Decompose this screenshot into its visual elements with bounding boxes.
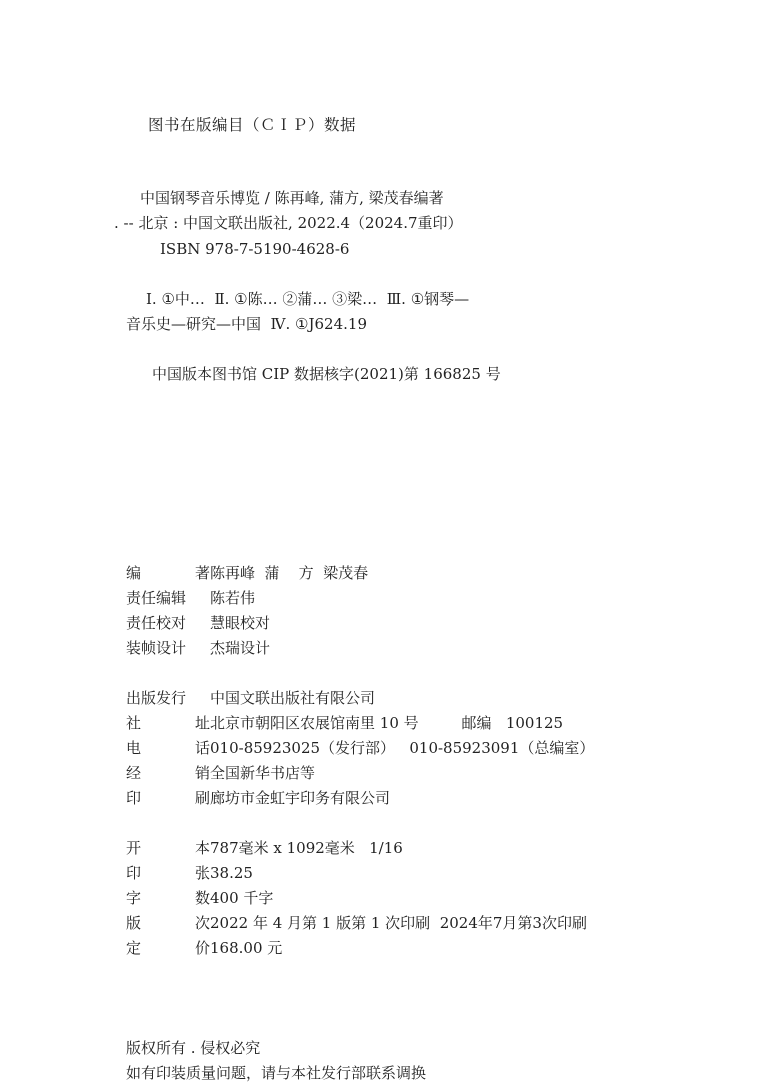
spec-value: 787毫米 x 1092毫米 1/16 [210,837,403,859]
spec-row-format: 开本 787毫米 x 1092毫米 1/16 [126,837,403,859]
publisher-value: 中国文联出版社有限公司 [210,687,375,709]
spec-label: 版次 [126,912,210,934]
credit-value: 陈若伟 [210,587,255,609]
spec-row-price: 定价 168.00 元 [126,937,282,959]
publisher-row-address: 社址 北京市朝阳区农展馆南里 10 号 邮编 100125 [126,712,563,734]
credit-label: 责任校对 [126,612,210,634]
cip-isbn: ISBN 978-7-5190-4628-6 [160,239,349,259]
spec-row-edition: 版次 2022 年 4 月第 1 版第 1 次印刷 2024年7月第3次印刷 [126,912,587,934]
credit-row-proofreader: 责任校对 慧眼校对 [126,612,270,634]
cip-heading: 图书在版编目（ＣＩＰ）数据 [148,113,356,135]
publisher-row-phone: 电话 010-85923025（发行部） 010-85923091（总编室） [126,737,594,759]
cip-classification-line-2: 音乐史—研究—中国 Ⅳ. ①J624.19 [126,314,367,334]
publisher-label: 经销 [126,762,210,784]
credit-label: 编著 [126,562,210,584]
spec-value: 168.00 元 [210,937,282,959]
spec-value: 2022 年 4 月第 1 版第 1 次印刷 2024年7月第3次印刷 [210,912,587,934]
publisher-label: 电话 [126,737,210,759]
spec-label: 开本 [126,837,210,859]
credit-value: 陈再峰 蒲 方 梁茂春 [210,562,368,584]
spec-label: 字数 [126,887,210,909]
credit-label: 装帧设计 [126,637,210,659]
credit-value: 慧眼校对 [210,612,270,634]
credit-row-designer: 装帧设计 杰瑞设计 [126,637,270,659]
spec-row-word-count: 字数 400 千字 [126,887,273,909]
publisher-label: 社址 [126,712,210,734]
publisher-value: 北京市朝阳区农展馆南里 10 号 邮编 100125 [210,712,563,734]
credit-label: 责任编辑 [126,587,210,609]
publisher-row-printer: 印刷 廊坊市金虹宇印务有限公司 [126,787,390,809]
credit-value: 杰瑞设计 [210,637,270,659]
cip-book-title-line: 中国钢琴音乐博览 / 陈再峰, 蒲方, 梁茂春编著 [140,188,444,208]
cip-record-number: 中国版本图书馆 CIP 数据核字(2021)第 166825 号 [152,364,501,384]
cip-publication-line: . -- 北京 : 中国文联出版社, 2022.4（2024.7重印） [114,213,463,233]
spec-label: 定价 [126,937,210,959]
publisher-value: 010-85923025（发行部） 010-85923091（总编室） [210,737,594,759]
publisher-row-publisher: 出版发行 中国文联出版社有限公司 [126,687,375,709]
credit-row-editor: 责任编辑 陈若伟 [126,587,255,609]
publisher-value: 廊坊市金虹宇印务有限公司 [210,787,390,809]
credit-row-author: 编著 陈再峰 蒲 方 梁茂春 [126,562,368,584]
spec-value: 38.25 [210,862,253,884]
publisher-row-distributor: 经销 全国新华书店等 [126,762,315,784]
spec-label: 印张 [126,862,210,884]
publisher-value: 全国新华书店等 [210,762,315,784]
copyright-notice: 版权所有 . 侵权必究 [126,1037,260,1059]
cip-classification-line-1: Ⅰ. ①中… Ⅱ. ①陈… ②蒲… ③梁… Ⅲ. ①钢琴— [146,289,469,309]
publisher-label: 出版发行 [126,687,210,709]
spec-row-sheets: 印张 38.25 [126,862,253,884]
quality-notice: 如有印装质量问题，请与本社发行部联系调换 [126,1062,426,1084]
spec-value: 400 千字 [210,887,273,909]
publisher-label: 印刷 [126,787,210,809]
